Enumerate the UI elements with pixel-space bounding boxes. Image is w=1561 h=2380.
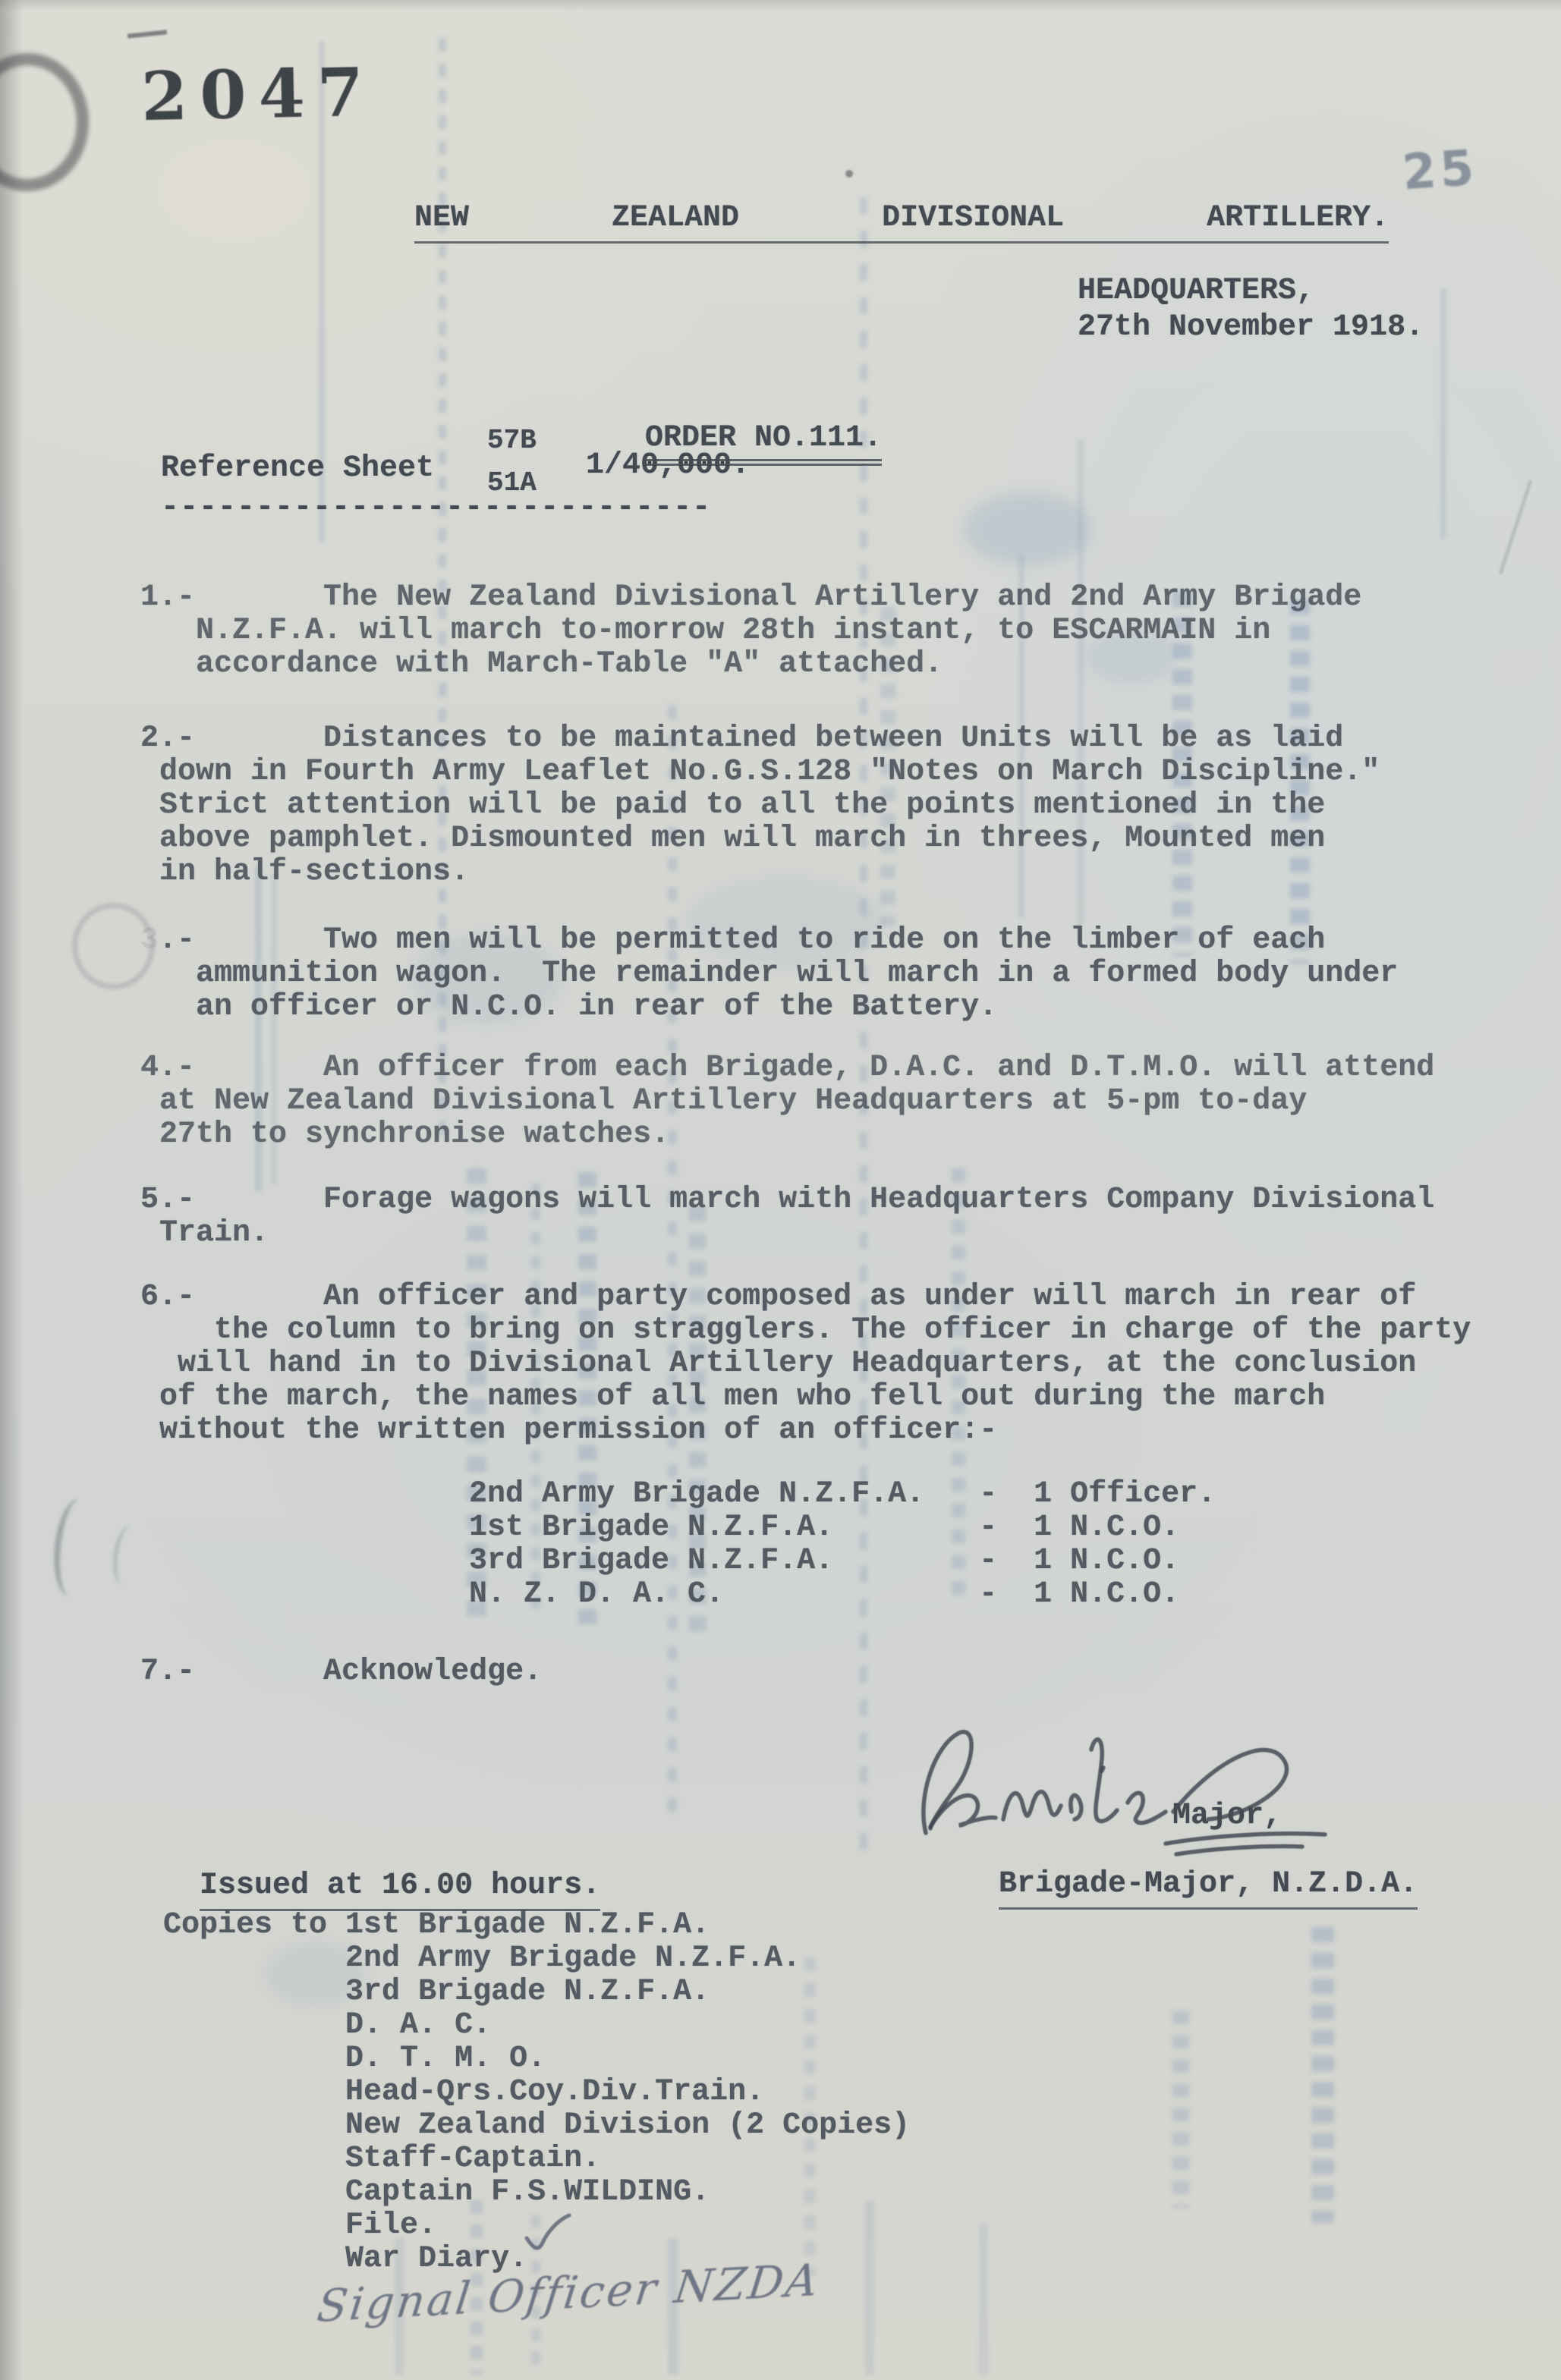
paragraph-text: The New Zealand Divisional Artillery and… [159, 581, 1525, 681]
pencil-mark [49, 1497, 100, 1599]
headquarters-line: HEADQUARTERS, [1078, 275, 1314, 308]
pencil-mark [110, 1523, 145, 1587]
signed-rank: Major, [1172, 1800, 1282, 1833]
stragglers-list: 2nd Army Brigade N.Z.F.A. - 1 Officer. 1… [469, 1478, 1216, 1611]
page-title: NEW ZEALAND DIVISIONAL ARTILLERY. [414, 201, 1389, 244]
bleed-mark [1172, 2011, 1189, 2208]
reference-scale: 1/40,000. [586, 449, 750, 483]
signed-title: Brigade-Major, N.Z.D.A. [999, 1867, 1418, 1910]
paragraph-number-ghost: 3 [140, 924, 159, 957]
page-number: 25 [1401, 140, 1480, 202]
bleed-mark [1440, 288, 1446, 539]
paragraph-text: Forage wagons will march with Headquarte… [159, 1184, 1525, 1250]
stamp-number: 2047 [140, 52, 376, 136]
paragraph-text: An officer from each Brigade, D.A.C. and… [159, 1052, 1525, 1152]
paper-top-edge [0, 0, 1561, 11]
reference-sheet-top: 57B [487, 426, 537, 455]
paper-left-edge [0, 0, 23, 2380]
bleed-mark [1311, 1927, 1334, 2223]
paragraph-text: Two men will be permitted to ride on the… [159, 924, 1525, 1024]
signed-title-wrap: Brigade-Major, N.Z.D.A. [962, 1835, 1418, 1901]
war-diary-checkmark-icon [522, 2214, 575, 2259]
issued-line: Issued at 16.00 hours. [200, 1869, 600, 1911]
ink-smudge [964, 493, 1093, 565]
order-heading-wrap: ORDER NO.111. [609, 388, 882, 455]
bleed-mark [979, 2223, 988, 2375]
paragraph-text: Distances to be maintained between Units… [159, 722, 1525, 889]
pencil-mark [127, 30, 167, 38]
reference-underline: ----------------------------- [161, 492, 711, 525]
date-line: 27th November 1918. [1078, 311, 1424, 344]
paragraph-text: An officer and party composed as under w… [159, 1281, 1525, 1448]
document-title-wrap: NEW ZEALAND DIVISIONAL ARTILLERY. [378, 168, 1389, 235]
document-page: { "stamp_number": "2047", "page_number":… [0, 0, 1561, 2380]
paragraph-text: Acknowledge. [159, 1655, 1525, 1689]
issued-line-wrap: Issued at 16.00 hours. [163, 1836, 600, 1903]
crease-mark [1499, 480, 1532, 575]
reference-label: Reference Sheet [161, 452, 434, 486]
